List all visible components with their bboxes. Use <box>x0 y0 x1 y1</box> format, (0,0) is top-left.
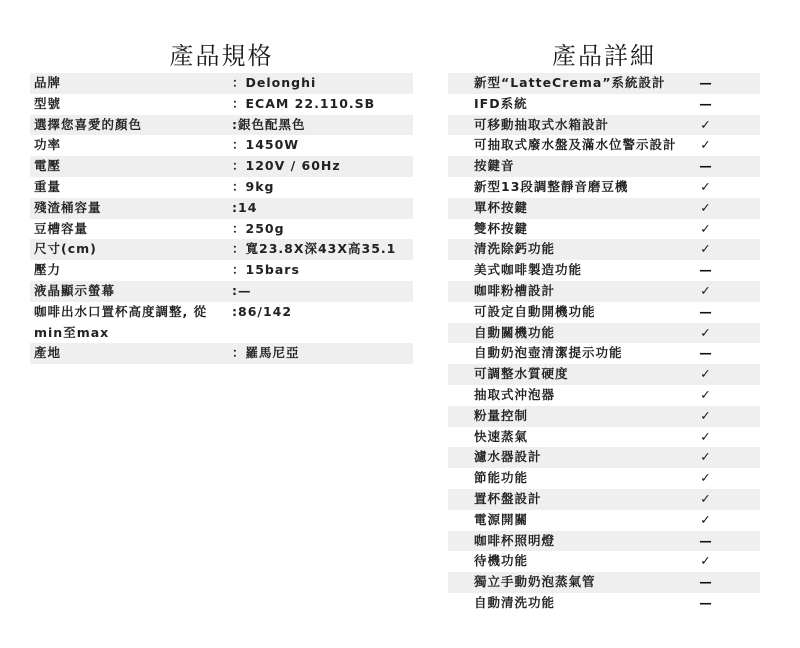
spec-value: ：Delonghi <box>232 73 316 94</box>
spec-value: :14 <box>232 198 257 219</box>
checkmark-icon: ✓ <box>698 177 714 198</box>
spec-row: 殘渣桶容量:14 <box>30 198 413 219</box>
details-table: 新型“LatteCrema”系統設計—IFD系統—可移動抽取式水箱設計✓可抽取式… <box>448 73 760 614</box>
spec-value: ：寬23.8X深43X高35.1 <box>232 239 396 260</box>
spec-row: 尺寸(cm)：寬23.8X深43X高35.1 <box>30 239 413 260</box>
detail-row: 新型13段調整靜音磨豆機✓ <box>448 177 760 198</box>
spec-label: 型號 <box>34 94 61 115</box>
checkmark-icon: ✓ <box>698 489 714 510</box>
detail-label: 可調整水質硬度 <box>474 364 569 385</box>
spec-row: 功率：1450W <box>30 135 413 156</box>
detail-row: 節能功能✓ <box>448 468 760 489</box>
detail-row: 自動奶泡壺清潔提示功能— <box>448 343 760 364</box>
checkmark-icon: ✓ <box>698 427 714 448</box>
detail-row: 粉量控制✓ <box>448 406 760 427</box>
spec-label: 電壓 <box>34 156 61 177</box>
dash-icon: — <box>698 593 714 614</box>
detail-label: 可移動抽取式水箱設計 <box>474 115 609 136</box>
detail-row: 置杯盤設計✓ <box>448 489 760 510</box>
spec-value: ：ECAM 22.110.SB <box>232 94 375 115</box>
detail-row: 可移動抽取式水箱設計✓ <box>448 115 760 136</box>
checkmark-icon: ✓ <box>698 115 714 136</box>
details-title: 產品詳細 <box>448 36 760 71</box>
spec-value: ：羅馬尼亞 <box>232 343 300 364</box>
spec-label: 殘渣桶容量 <box>34 198 102 219</box>
dash-icon: — <box>698 531 714 552</box>
spec-row: 選擇您喜愛的顏色:銀色配黑色 <box>30 115 413 136</box>
detail-label: 新型“LatteCrema”系統設計 <box>474 73 666 94</box>
spec-row: 品牌：Delonghi <box>30 73 413 94</box>
detail-label: 電源開關 <box>474 510 528 531</box>
detail-row: 抽取式沖泡器✓ <box>448 385 760 406</box>
detail-label: 按鍵音 <box>474 156 515 177</box>
specs-table: 品牌：Delonghi型號：ECAM 22.110.SB選擇您喜愛的顏色:銀色配… <box>30 73 413 364</box>
detail-row: 獨立手動奶泡蒸氣管— <box>448 572 760 593</box>
detail-label: 清洗除鈣功能 <box>474 239 555 260</box>
specs-title: 產品規格 <box>30 36 413 71</box>
detail-row: 可調整水質硬度✓ <box>448 364 760 385</box>
detail-label: 新型13段調整靜音磨豆機 <box>474 177 628 198</box>
detail-row: 待機功能✓ <box>448 551 760 572</box>
detail-row: 咖啡杯照明燈— <box>448 531 760 552</box>
spec-row: 電壓：120V / 60Hz <box>30 156 413 177</box>
spec-row: 產地：羅馬尼亞 <box>30 343 413 364</box>
detail-label: 粉量控制 <box>474 406 528 427</box>
spec-label: 產地 <box>34 343 61 364</box>
detail-label: 濾水器設計 <box>474 447 542 468</box>
spec-label: 豆槽容量 <box>34 219 88 240</box>
spec-row: 豆槽容量：250g <box>30 219 413 240</box>
detail-label: 節能功能 <box>474 468 528 489</box>
checkmark-icon: ✓ <box>698 135 714 156</box>
spec-label: 重量 <box>34 177 61 198</box>
spec-row: 液晶顯示螢幕:— <box>30 281 413 302</box>
detail-row: 按鍵音— <box>448 156 760 177</box>
spec-row: 重量：9kg <box>30 177 413 198</box>
spec-value: ：9kg <box>232 177 274 198</box>
checkmark-icon: ✓ <box>698 551 714 572</box>
checkmark-icon: ✓ <box>698 385 714 406</box>
detail-label: 快速蒸氣 <box>474 427 528 448</box>
detail-row: 可設定自動開機功能— <box>448 302 760 323</box>
detail-row: 美式咖啡製造功能— <box>448 260 760 281</box>
dash-icon: — <box>698 343 714 364</box>
detail-row: 清洗除鈣功能✓ <box>448 239 760 260</box>
spec-label: 壓力 <box>34 260 61 281</box>
detail-label: 可抽取式廢水盤及滿水位警示設計 <box>474 135 677 156</box>
checkmark-icon: ✓ <box>698 219 714 240</box>
spec-row: 咖啡出水口置杯高度調整, 從min至max:86/142 <box>30 302 413 344</box>
checkmark-icon: ✓ <box>698 510 714 531</box>
spec-row: 型號：ECAM 22.110.SB <box>30 94 413 115</box>
dash-icon: — <box>698 73 714 94</box>
spec-label: 液晶顯示螢幕 <box>34 281 115 302</box>
detail-label: 自動奶泡壺清潔提示功能 <box>474 343 623 364</box>
detail-row: 新型“LatteCrema”系統設計— <box>448 73 760 94</box>
spec-row: 壓力：15bars <box>30 260 413 281</box>
detail-label: 獨立手動奶泡蒸氣管 <box>474 572 596 593</box>
checkmark-icon: ✓ <box>698 198 714 219</box>
detail-label: 待機功能 <box>474 551 528 572</box>
detail-label: 單杯按鍵 <box>474 198 528 219</box>
checkmark-icon: ✓ <box>698 406 714 427</box>
spec-value: :銀色配黑色 <box>232 115 306 136</box>
spec-value: ：120V / 60Hz <box>232 156 341 177</box>
spec-value: ：15bars <box>232 260 300 281</box>
dash-icon: — <box>698 156 714 177</box>
detail-row: 快速蒸氣✓ <box>448 427 760 448</box>
detail-row: 咖啡粉槽設計✓ <box>448 281 760 302</box>
detail-label: 置杯盤設計 <box>474 489 542 510</box>
detail-row: 雙杯按鍵✓ <box>448 219 760 240</box>
detail-row: 可抽取式廢水盤及滿水位警示設計✓ <box>448 135 760 156</box>
dash-icon: — <box>698 260 714 281</box>
detail-label: 咖啡杯照明燈 <box>474 531 555 552</box>
checkmark-icon: ✓ <box>698 468 714 489</box>
dash-icon: — <box>698 572 714 593</box>
detail-row: 電源開關✓ <box>448 510 760 531</box>
checkmark-icon: ✓ <box>698 323 714 344</box>
detail-label: 雙杯按鍵 <box>474 219 528 240</box>
spec-label: 功率 <box>34 135 61 156</box>
dash-icon: — <box>698 94 714 115</box>
detail-label: 咖啡粉槽設計 <box>474 281 555 302</box>
detail-row: 單杯按鍵✓ <box>448 198 760 219</box>
checkmark-icon: ✓ <box>698 447 714 468</box>
detail-label: 美式咖啡製造功能 <box>474 260 582 281</box>
detail-row: 自動清洗功能— <box>448 593 760 614</box>
detail-label: 抽取式沖泡器 <box>474 385 555 406</box>
detail-row: IFD系統— <box>448 94 760 115</box>
detail-label: 可設定自動開機功能 <box>474 302 596 323</box>
checkmark-icon: ✓ <box>698 281 714 302</box>
detail-row: 濾水器設計✓ <box>448 447 760 468</box>
spec-label: 尺寸(cm) <box>34 239 97 260</box>
checkmark-icon: ✓ <box>698 239 714 260</box>
spec-label: 咖啡出水口置杯高度調整, 從min至max <box>34 302 224 344</box>
spec-label: 選擇您喜愛的顏色 <box>34 115 142 136</box>
detail-label: 自動關機功能 <box>474 323 555 344</box>
detail-label: IFD系統 <box>474 94 528 115</box>
detail-row: 自動關機功能✓ <box>448 323 760 344</box>
spec-value: :86/142 <box>232 302 292 323</box>
spec-value: ：1450W <box>232 135 299 156</box>
spec-label: 品牌 <box>34 73 61 94</box>
detail-label: 自動清洗功能 <box>474 593 555 614</box>
spec-value: :— <box>232 281 252 302</box>
spec-value: ：250g <box>232 219 285 240</box>
dash-icon: — <box>698 302 714 323</box>
checkmark-icon: ✓ <box>698 364 714 385</box>
